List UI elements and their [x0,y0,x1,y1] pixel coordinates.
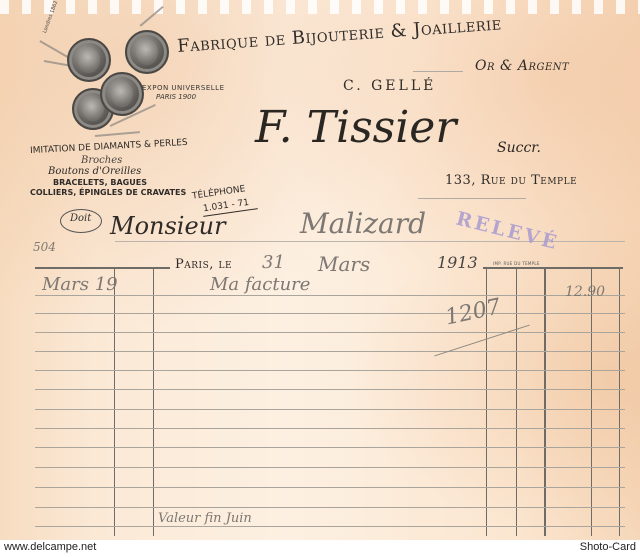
expo-label-2: Paris 1900 [156,93,196,101]
invoice-paper: Londres 1862 Expon Universelle Paris 190… [0,0,640,540]
entry-description: Ma facture [210,274,310,295]
address: 133, Rue du Temple [445,173,577,188]
date-month: Mars [318,252,370,276]
business-title: Fabrique de Bijouterie & Joaillerie [177,13,503,57]
address-ornament [418,198,526,199]
watermark-right: Shoto-Card [580,541,636,553]
metals-label: Or & Argent [475,58,569,74]
salutation: Monsieur [110,212,226,240]
entry-date: Mars 19 [42,274,118,295]
product-line-4: Bracelets, Bagues [53,178,147,187]
torn-edge [0,0,640,14]
margin-note: 504 [33,240,56,254]
medal-icon [125,30,169,74]
releve-stamp: RELEVÉ [454,208,562,255]
doit-oval: Doit [60,209,102,233]
product-line-5: Colliers, Épingles de Cravates [30,188,186,197]
medal-icon [100,72,144,116]
entry-amount: 12.90 [565,284,605,300]
ornament-divider [413,71,463,72]
company-name: F. Tissier [255,102,456,153]
date-year: 1913 [437,253,478,272]
city-label: Paris, le [175,257,232,272]
recipient-name: Malizard [300,207,426,240]
expo-label-1: Expon Universelle [142,84,225,92]
product-line-1: Imitation de Diamants & Perles [30,138,188,156]
successor-mark: Succr. [497,140,541,156]
product-line-3: Boutons d'Oreilles [48,166,141,177]
printer-line: Imp. Rue du Temple [493,261,540,266]
product-line-2: Broches [81,155,122,166]
date-day: 31 [262,252,285,273]
footer-note: Valeur fin Juin [158,511,252,526]
doit-label: Doit [70,213,91,224]
proprietor-name: C. Gellé [343,78,436,94]
watermark-left: www.delcampe.net [4,541,96,553]
total-scribble: 1207 [443,294,503,330]
medal-icon [67,38,111,82]
